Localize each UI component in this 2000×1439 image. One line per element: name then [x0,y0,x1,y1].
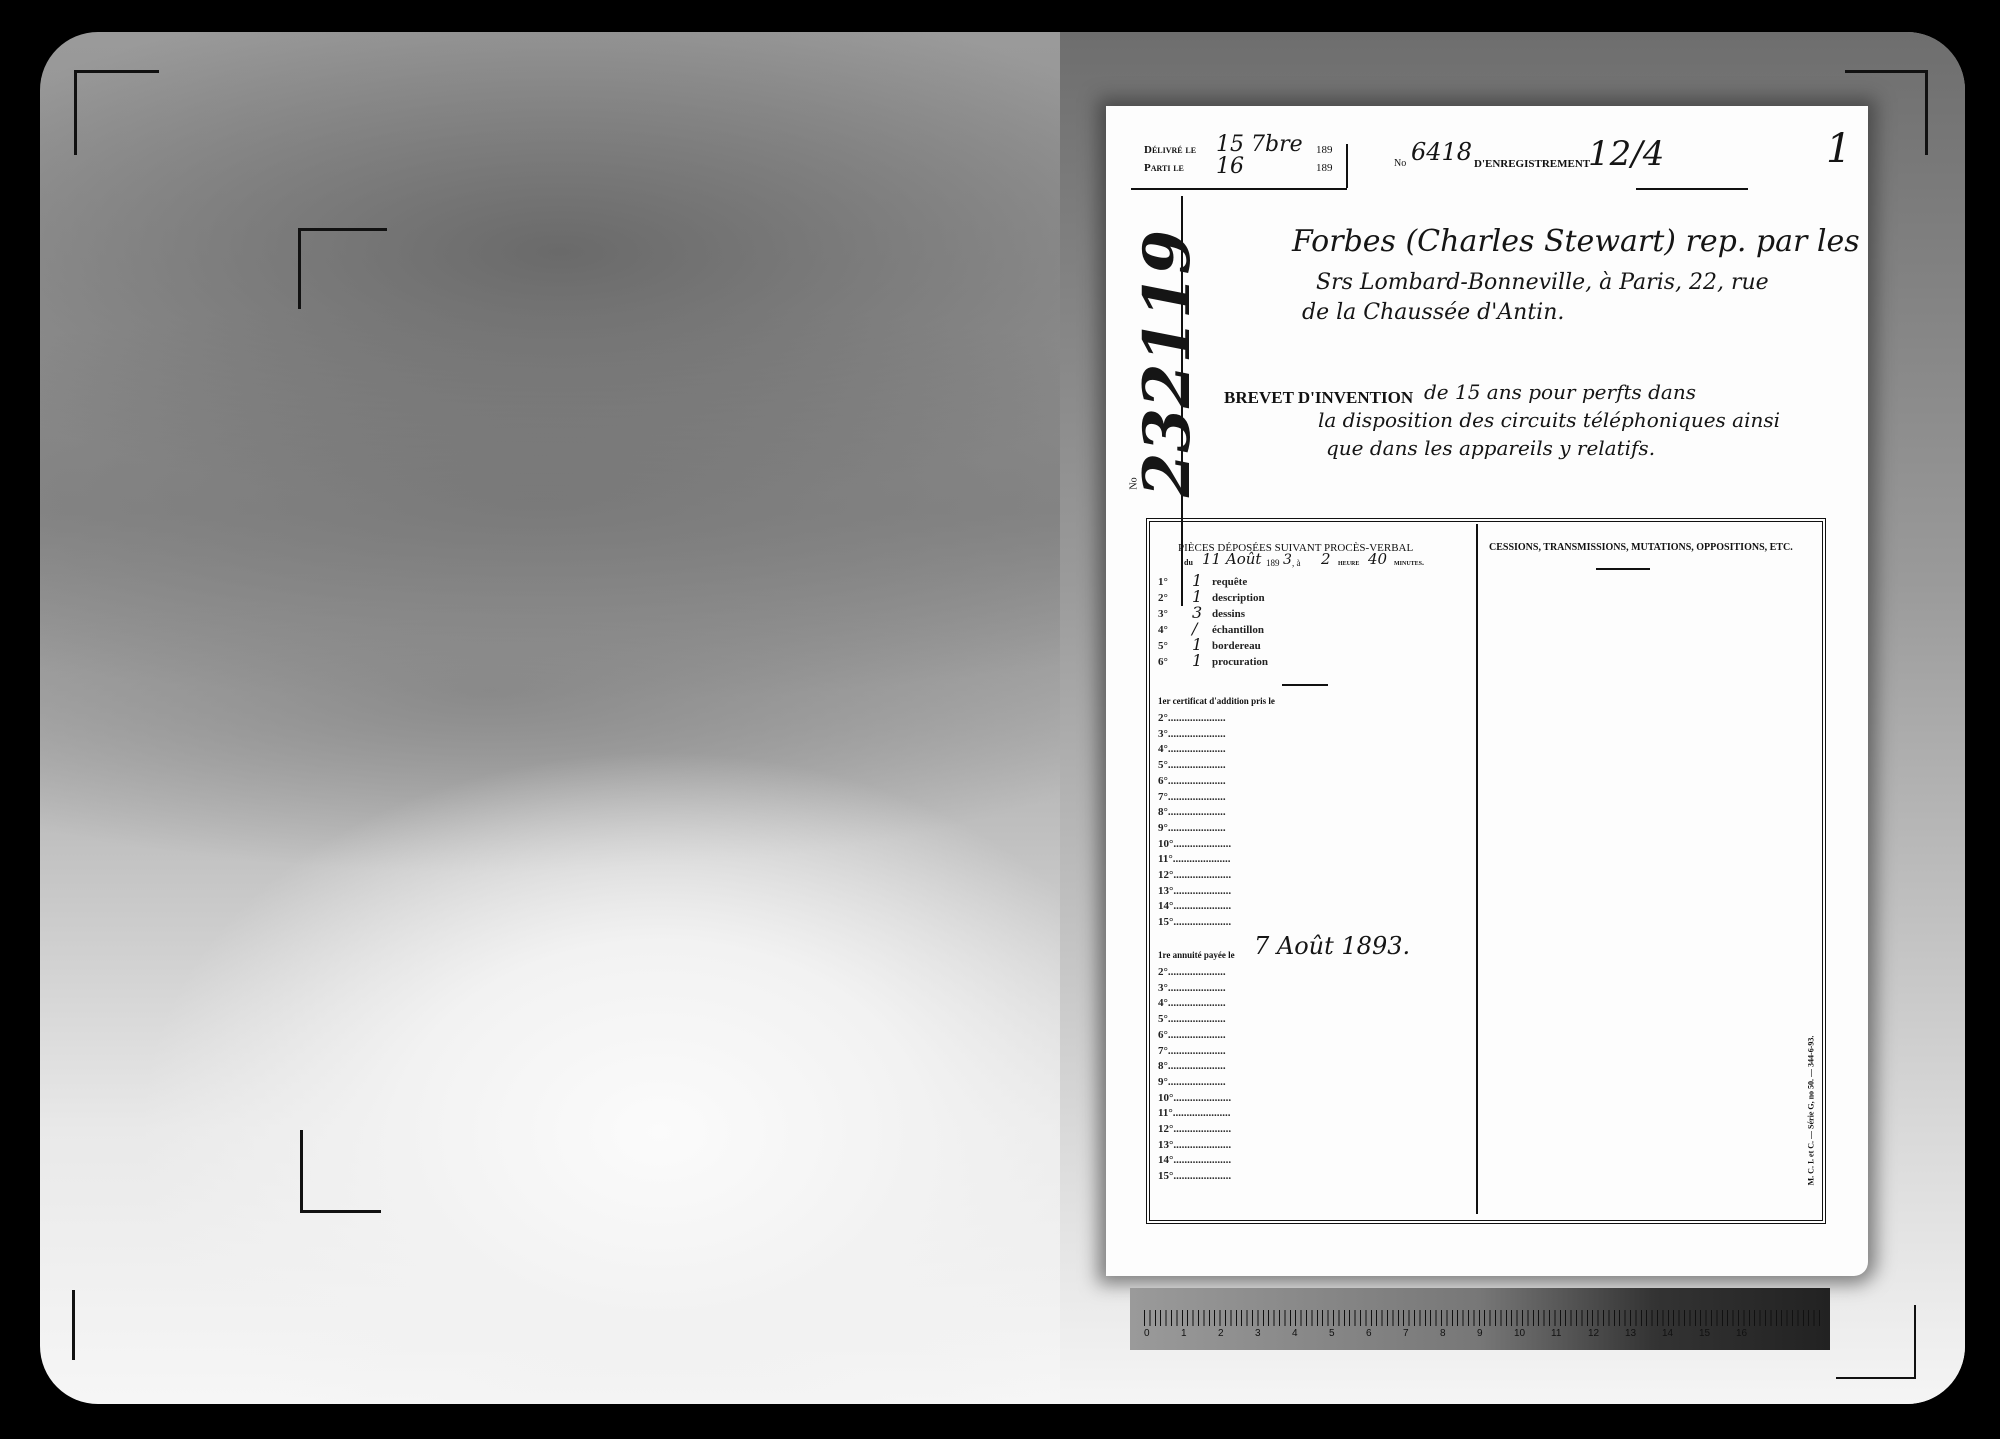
pieces-a-label: , à [1292,558,1301,568]
patent-number-label: No [1129,477,1140,489]
applicant-line-1: Forbes (Charles Stewart) rep. par les [1292,224,1860,259]
ruler-label: 3 [1255,1328,1261,1339]
certificat-row: 13°..................... [1158,885,1231,897]
piece-number: 1° [1158,576,1168,588]
annuite-row: 4°..................... [1158,997,1226,1009]
certificat-row: 14°..................... [1158,900,1231,912]
parti-value: 16 [1216,154,1244,179]
annuite-row: 2°..................... [1158,966,1226,978]
header-box-right-rule [1346,144,1348,188]
certificat-row: 9°..................... [1158,822,1226,834]
pieces-year: 3 [1283,552,1292,568]
ruler-label: 8 [1440,1328,1446,1339]
piece-number: 5° [1158,640,1168,652]
certificat-row: 5°..................... [1158,759,1226,771]
certificat-row: 8°..................... [1158,806,1226,818]
piece-count: 1 [1192,651,1202,670]
piece-label: procuration [1212,656,1268,668]
certificat-row: 11°..................... [1158,853,1231,865]
corner-mark-bottom-right [1836,1305,1916,1379]
pieces-minutes: 40 [1368,550,1387,568]
piece-number: 4° [1158,624,1168,636]
piece-label: requête [1212,576,1247,588]
pieces-minutes-label: minutes. [1394,558,1424,567]
corner-mark-top-left [74,70,159,155]
pieces-heure: 2 [1321,550,1331,568]
brevet-line-3: que dans les appareils y relatifs. [1326,436,1655,460]
annuite-row: 15°..................... [1158,1170,1231,1182]
certificat-row: 3°..................... [1158,728,1226,740]
annuite-row: 9°..................... [1158,1076,1226,1088]
ruler-ticks [1144,1310,1824,1326]
printer-note: M. C. I. et C. — Série G, no 50. — 344-6… [1806,1036,1815,1186]
annuite-row: 14°..................... [1158,1154,1231,1166]
brevet-line-1: de 15 ans pour perfts dans [1424,380,1696,404]
cessions-separator [1596,568,1650,570]
ruler-label: 1 [1181,1328,1187,1339]
brevet-label: BREVET D'INVENTION [1224,388,1413,408]
measurement-ruler: 012345678910111213141516 [1130,1288,1830,1350]
piece-label: description [1212,592,1265,604]
annuite-row: 6°..................... [1158,1029,1226,1041]
cessions-title: CESSIONS, TRANSMISSIONS, MUTATIONS, OPPO… [1489,542,1793,553]
certificat-row: 15°..................... [1158,916,1231,928]
ruler-label: 4 [1292,1328,1298,1339]
certificat-first-label: 1er certificat d'addition pris le [1158,696,1275,706]
ruler-label: 9 [1477,1328,1483,1339]
piece-number: 6° [1158,656,1168,668]
parti-label: Parti le [1144,162,1184,174]
annuite-row: 10°..................... [1158,1092,1231,1104]
annuite-first-value: 7 Août 1893. [1254,932,1410,960]
patent-document: Délivré le 15 7bre 189 Parti le 16 189 N… [1106,106,1868,1276]
piece-label: bordereau [1212,640,1261,652]
ruler-label: 5 [1329,1328,1335,1339]
piece-number: 2° [1158,592,1168,604]
annuite-row: 11°..................... [1158,1107,1231,1119]
annuite-row: 3°..................... [1158,982,1226,994]
ruler-label: 10 [1514,1328,1525,1339]
annuite-row: 13°..................... [1158,1139,1231,1151]
crop-mark-inner-bottom-left [300,1130,381,1213]
annuite-row: 12°..................... [1158,1123,1231,1135]
ruler-label: 2 [1218,1328,1224,1339]
pieces-du-label: du [1184,558,1193,567]
certificat-row: 7°..................... [1158,791,1226,803]
pieces-heure-label: heure [1338,558,1359,567]
certificat-row: 12°..................... [1158,869,1231,881]
page-number: 1 [1826,126,1851,172]
ruler-label: 16 [1736,1328,1747,1339]
ledger-divider [1476,524,1478,1214]
enregistrement-value: 12/4 [1588,134,1664,174]
registration-number: 6418 [1411,138,1472,166]
annuite-row: 5°..................... [1158,1013,1226,1025]
ruler-label: 13 [1625,1328,1636,1339]
certificat-row: 6°..................... [1158,775,1226,787]
header-box-bottom-rule [1131,188,1347,190]
enregistrement-label: D'ENREGISTREMENT [1474,158,1590,170]
applicant-line-2: Srs Lombard-Bonneville, à Paris, 22, rue [1316,270,1769,295]
pieces-year-prefix: 189 [1266,558,1280,568]
pieces-separator [1282,684,1328,686]
ruler-label: 14 [1662,1328,1673,1339]
pieces-date: 11 Août [1202,550,1261,568]
applicant-line-3: de la Chaussée d'Antin. [1302,300,1564,325]
annuite-row: 8°..................... [1158,1060,1226,1072]
annuite-row: 7°..................... [1158,1045,1226,1057]
delivre-label: Délivré le [1144,144,1196,156]
enregistrement-rule [1636,188,1748,190]
parti-year: 189 [1316,162,1333,174]
delivre-year: 189 [1316,144,1333,156]
number-label: No [1394,158,1406,169]
patent-number: 232119 [1130,230,1205,497]
piece-label: échantillon [1212,624,1264,636]
ruler-label: 11 [1551,1328,1561,1339]
piece-label: dessins [1212,608,1245,620]
ruler-label: 6 [1366,1328,1372,1339]
ruler-label: 7 [1403,1328,1409,1339]
certificat-row: 4°..................... [1158,743,1226,755]
ruler-label: 15 [1699,1328,1710,1339]
brevet-line-2: la disposition des circuits téléphonique… [1318,408,1780,432]
annuite-first-label: 1re annuité payée le [1158,950,1235,960]
ruler-label: 0 [1144,1328,1150,1339]
crop-mark-inner-top-left [298,228,387,309]
piece-number: 3° [1158,608,1168,620]
corner-mark-bottom-left [72,1290,137,1360]
certificat-row: 10°..................... [1158,838,1231,850]
ruler-label: 12 [1588,1328,1599,1339]
certificat-row: 2°..................... [1158,712,1226,724]
